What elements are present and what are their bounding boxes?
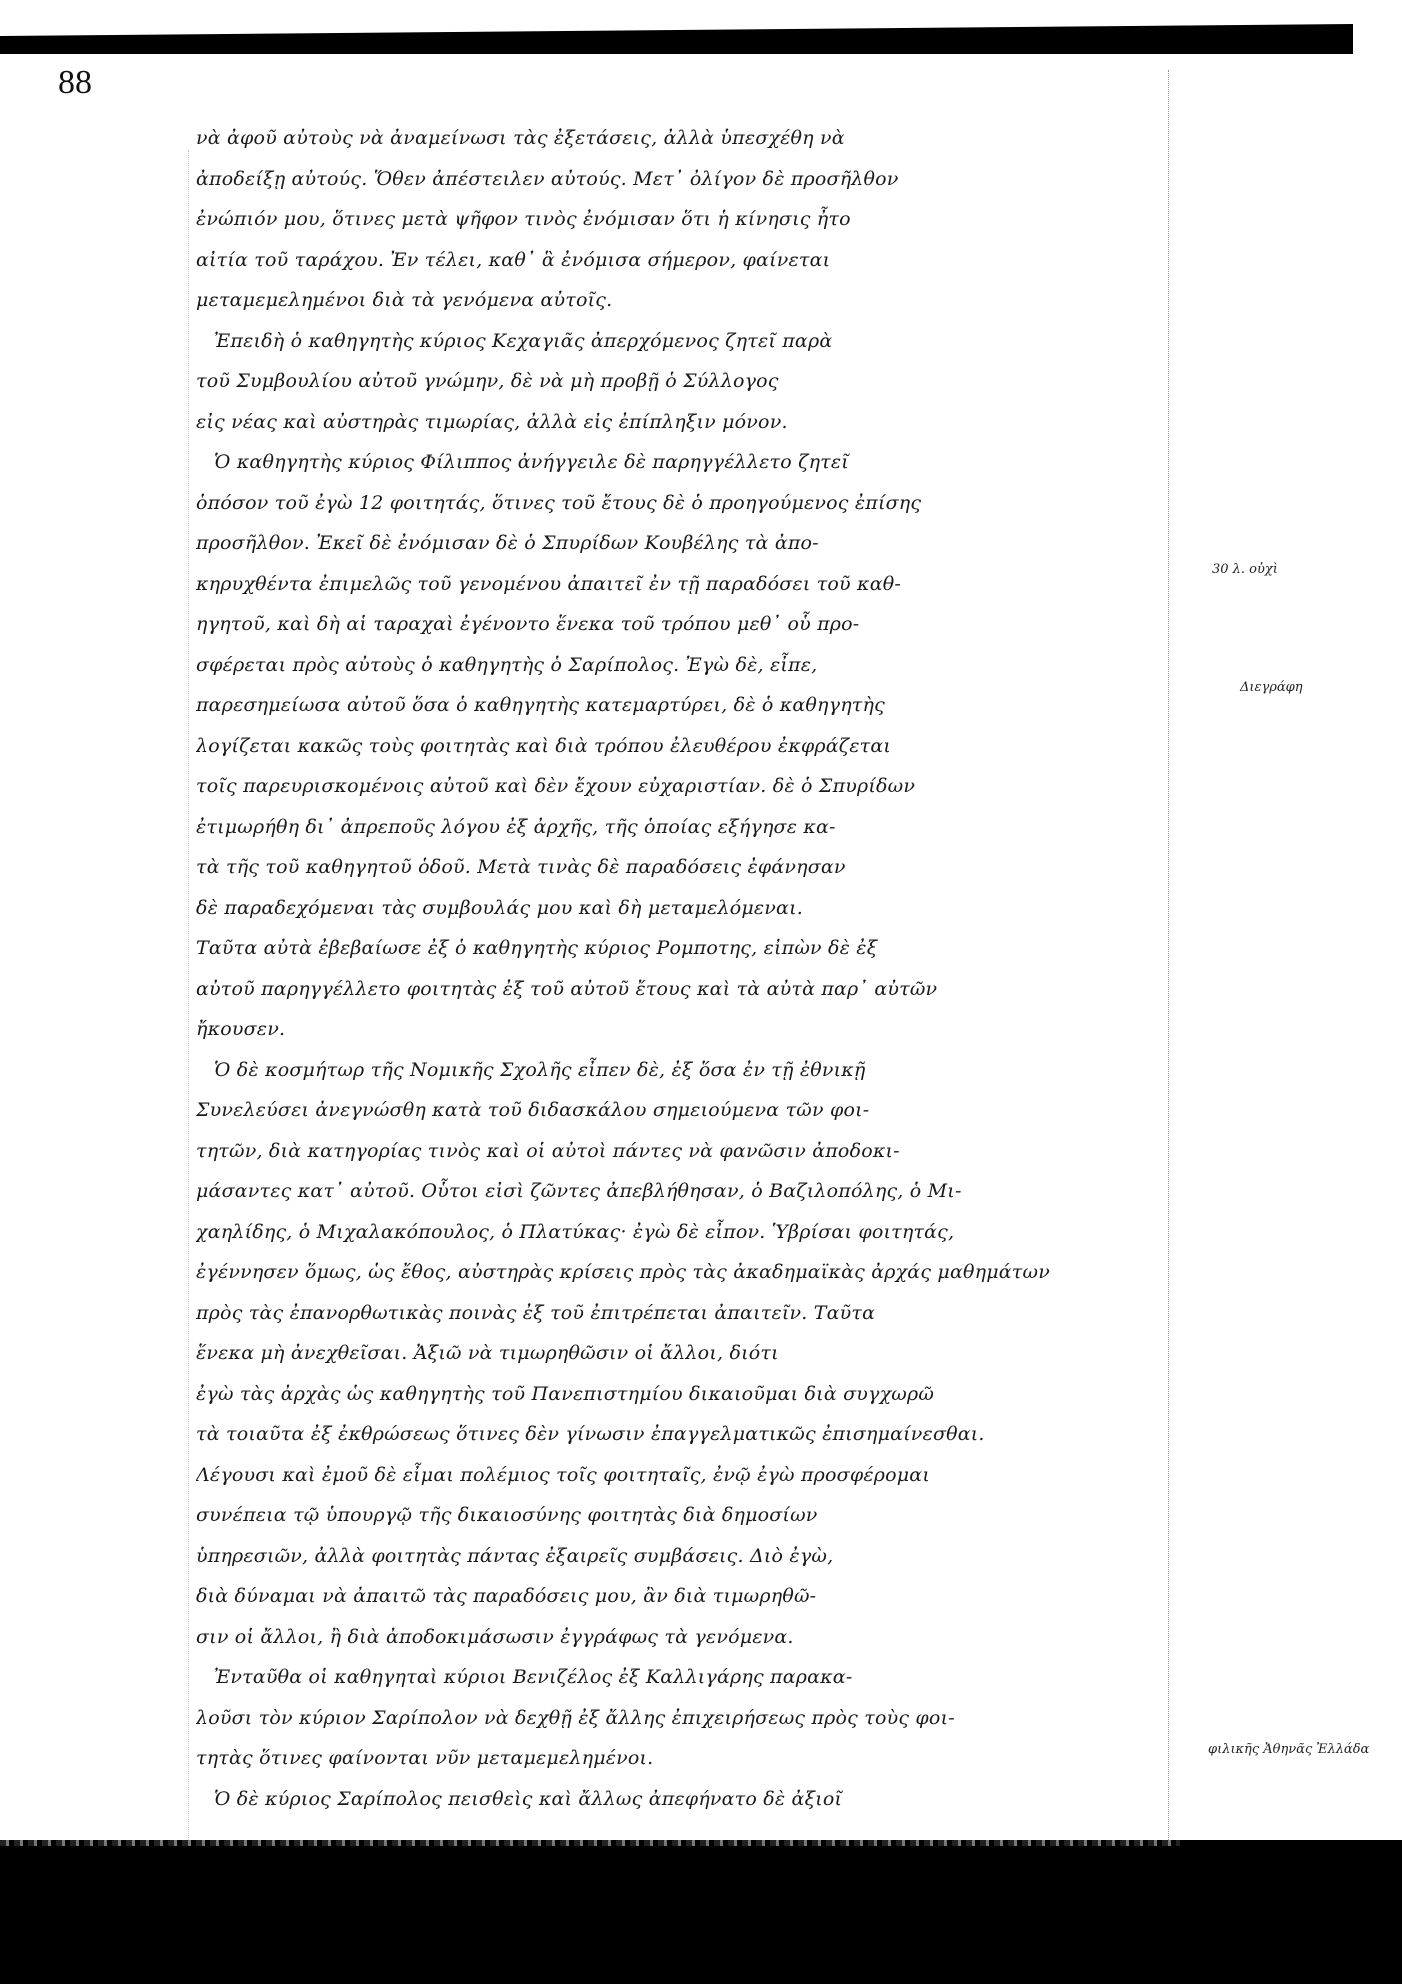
manuscript-line: παρεσημείωσα αὐτοῦ ὅσα ὁ καθηγητὴς κατεμ… bbox=[196, 685, 1156, 726]
manuscript-line: λογίζεται κακῶς τοὺς φοιτητὰς καὶ διὰ τρ… bbox=[196, 726, 1156, 767]
manuscript-line: ἐνώπιόν μου, ὅτινες μετὰ ψῆφον τινὸς ἐνό… bbox=[196, 199, 1156, 240]
manuscript-line: τοῦ Συμβουλίου αὐτοῦ γνώμην, δὲ νὰ μὴ πρ… bbox=[196, 361, 1156, 402]
manuscript-line: ἐγὼ τὰς ἀρχὰς ὡς καθηγητὴς τοῦ Πανεπιστη… bbox=[196, 1374, 1156, 1415]
manuscript-line: ὑπηρεσιῶν, ἀλλὰ φοιτητὰς πάντας ἐξαιρεῖς… bbox=[196, 1536, 1156, 1577]
left-margin-rule bbox=[188, 150, 189, 1840]
manuscript-line: προσῆλθον. Ἐκεῖ δὲ ἐνόμισαν δὲ ὁ Σπυρίδω… bbox=[196, 523, 1156, 564]
margin-note: φιλικῆς Ἀθηνᾶς Ἐλλάδα bbox=[1208, 1742, 1369, 1757]
manuscript-line: μεταμεμελημένοι διὰ τὰ γενόμενα αὐτοῖς. bbox=[196, 280, 1156, 321]
manuscript-line: σιν οἱ ἄλλοι, ἢ διὰ ἀποδοκιμάσωσιν ἐγγρά… bbox=[196, 1617, 1156, 1658]
manuscript-line: Λέγουσι καὶ ἐμοῦ δὲ εἶμαι πολέμιος τοῖς … bbox=[196, 1455, 1156, 1496]
manuscript-line: Ὁ δὲ κύριος Σαρίπολος πεισθεὶς καὶ ἄλλως… bbox=[196, 1779, 1156, 1820]
manuscript-line: ἐτιμωρήθη δι᾽ ἀπρεποῦς λόγου ἐξ ἀρχῆς, τ… bbox=[196, 807, 1156, 848]
manuscript-line: Ὁ καθηγητὴς κύριος Φίλιππος ἀνήγγειλε δὲ… bbox=[196, 442, 1156, 483]
manuscript-line: τὰ τοιαῦτα ἐξ ἐκθρώσεως ὅτινες δὲν γίνωσ… bbox=[196, 1414, 1156, 1455]
manuscript-line: μάσαντες κατ᾽ αὐτοῦ. Οὗτοι εἰσὶ ζῶντες ἀ… bbox=[196, 1171, 1156, 1212]
margin-note: 30 λ. οὐχὶ bbox=[1212, 562, 1278, 577]
manuscript-line: πρὸς τὰς ἐπανορθωτικὰς ποινὰς ἐξ τοῦ ἐπι… bbox=[196, 1293, 1156, 1334]
manuscript-line: ἤκουσεν. bbox=[196, 1009, 1156, 1050]
manuscript-line: Ταῦτα αὐτὰ ἐβεβαίωσε ἐξ ὁ καθηγητὴς κύρι… bbox=[196, 928, 1156, 969]
manuscript-line: ηγητοῦ, καὶ δὴ αἱ ταραχαὶ ἐγένοντο ἕνεκα… bbox=[196, 604, 1156, 645]
manuscript-line: συνέπεια τῷ ὑπουργῷ τῆς δικαιοσύνης φοιτ… bbox=[196, 1495, 1156, 1536]
margin-note: Διεγράφη bbox=[1240, 680, 1303, 695]
manuscript-line: ὁπόσον τοῦ ἐγὼ 12 φοιτητάς, ὅτινες τοῦ ἔ… bbox=[196, 483, 1156, 524]
page-number: 88 bbox=[58, 64, 92, 102]
scan-top-border bbox=[0, 24, 1353, 54]
scan-edge-noise bbox=[0, 1840, 1180, 1846]
manuscript-line: κηρυχθέντα ἐπιμελῶς τοῦ γενομένου ἀπαιτε… bbox=[196, 564, 1156, 605]
right-margin-rule bbox=[1168, 70, 1169, 1840]
manuscript-line: τητῶν, διὰ κατηγορίας τινὸς καὶ οἱ αὐτοὶ… bbox=[196, 1131, 1156, 1172]
manuscript-line: Ἐπειδὴ ὁ καθηγητὴς κύριος Κεχαγιᾶς ἀπερχ… bbox=[196, 321, 1156, 362]
manuscript-line: αὐτοῦ παρηγγέλλετο φοιτητὰς ἐξ τοῦ αὐτοῦ… bbox=[196, 969, 1156, 1010]
manuscript-line: εἰς νέας καὶ αὐστηρὰς τιμωρίας, ἀλλὰ εἰς… bbox=[196, 402, 1156, 443]
manuscript-line: ἐγέννησεν ὅμως, ὡς ἔθος, αὐστηρὰς κρίσει… bbox=[196, 1252, 1156, 1293]
manuscript-line: Ἐνταῦθα οἱ καθηγηταὶ κύριοι Βενιζέλος ἐξ… bbox=[196, 1657, 1156, 1698]
manuscript-line: Συνελεύσει ἀνεγνώσθη κατὰ τοῦ διδασκάλου… bbox=[196, 1090, 1156, 1131]
manuscript-line: νὰ ἀφοῦ αὐτοὺς νὰ ἀναμείνωσι τὰς ἐξετάσε… bbox=[196, 118, 1156, 159]
manuscript-line: τητὰς ὅτινες φαίνονται νῦν μεταμεμελημέν… bbox=[196, 1738, 1156, 1779]
manuscript-line: λοῦσι τὸν κύριον Σαρίπολον νὰ δεχθῇ ἐξ ἄ… bbox=[196, 1698, 1156, 1739]
manuscript-line: αἰτία τοῦ ταράχου. Ἐν τέλει, καθ᾽ ἃ ἐνόμ… bbox=[196, 240, 1156, 281]
manuscript-line: διὰ δύναμαι νὰ ἀπαιτῶ τὰς παραδόσεις μου… bbox=[196, 1576, 1156, 1617]
manuscript-line: Ὁ δὲ κοσμήτωρ τῆς Νομικῆς Σχολῆς εἶπεν δ… bbox=[196, 1050, 1156, 1091]
manuscript-line: σφέρεται πρὸς αὐτοὺς ὁ καθηγητὴς ὁ Σαρίπ… bbox=[196, 645, 1156, 686]
scan-bottom-border bbox=[0, 1840, 1402, 1984]
manuscript-body: νὰ ἀφοῦ αὐτοὺς νὰ ἀναμείνωσι τὰς ἐξετάσε… bbox=[196, 118, 1156, 1819]
manuscript-line: τοῖς παρευρισκομένοις αὐτοῦ καὶ δὲν ἔχου… bbox=[196, 766, 1156, 807]
manuscript-line: δὲ παραδεχόμεναι τὰς συμβουλάς μου καὶ δ… bbox=[196, 888, 1156, 929]
manuscript-line: ἕνεκα μὴ ἀνεχθεῖσαι. Ἀξιῶ νὰ τιμωρηθῶσιν… bbox=[196, 1333, 1156, 1374]
manuscript-line: τὰ τῆς τοῦ καθηγητοῦ ὁδοῦ. Μετὰ τινὰς δὲ… bbox=[196, 847, 1156, 888]
manuscript-line: ἀποδείξῃ αὐτούς. Ὅθεν ἀπέστειλεν αὐτούς.… bbox=[196, 159, 1156, 200]
manuscript-line: χαηλίδης, ὁ Μιχαλακόπουλος, ὁ Πλατύκας· … bbox=[196, 1212, 1156, 1253]
